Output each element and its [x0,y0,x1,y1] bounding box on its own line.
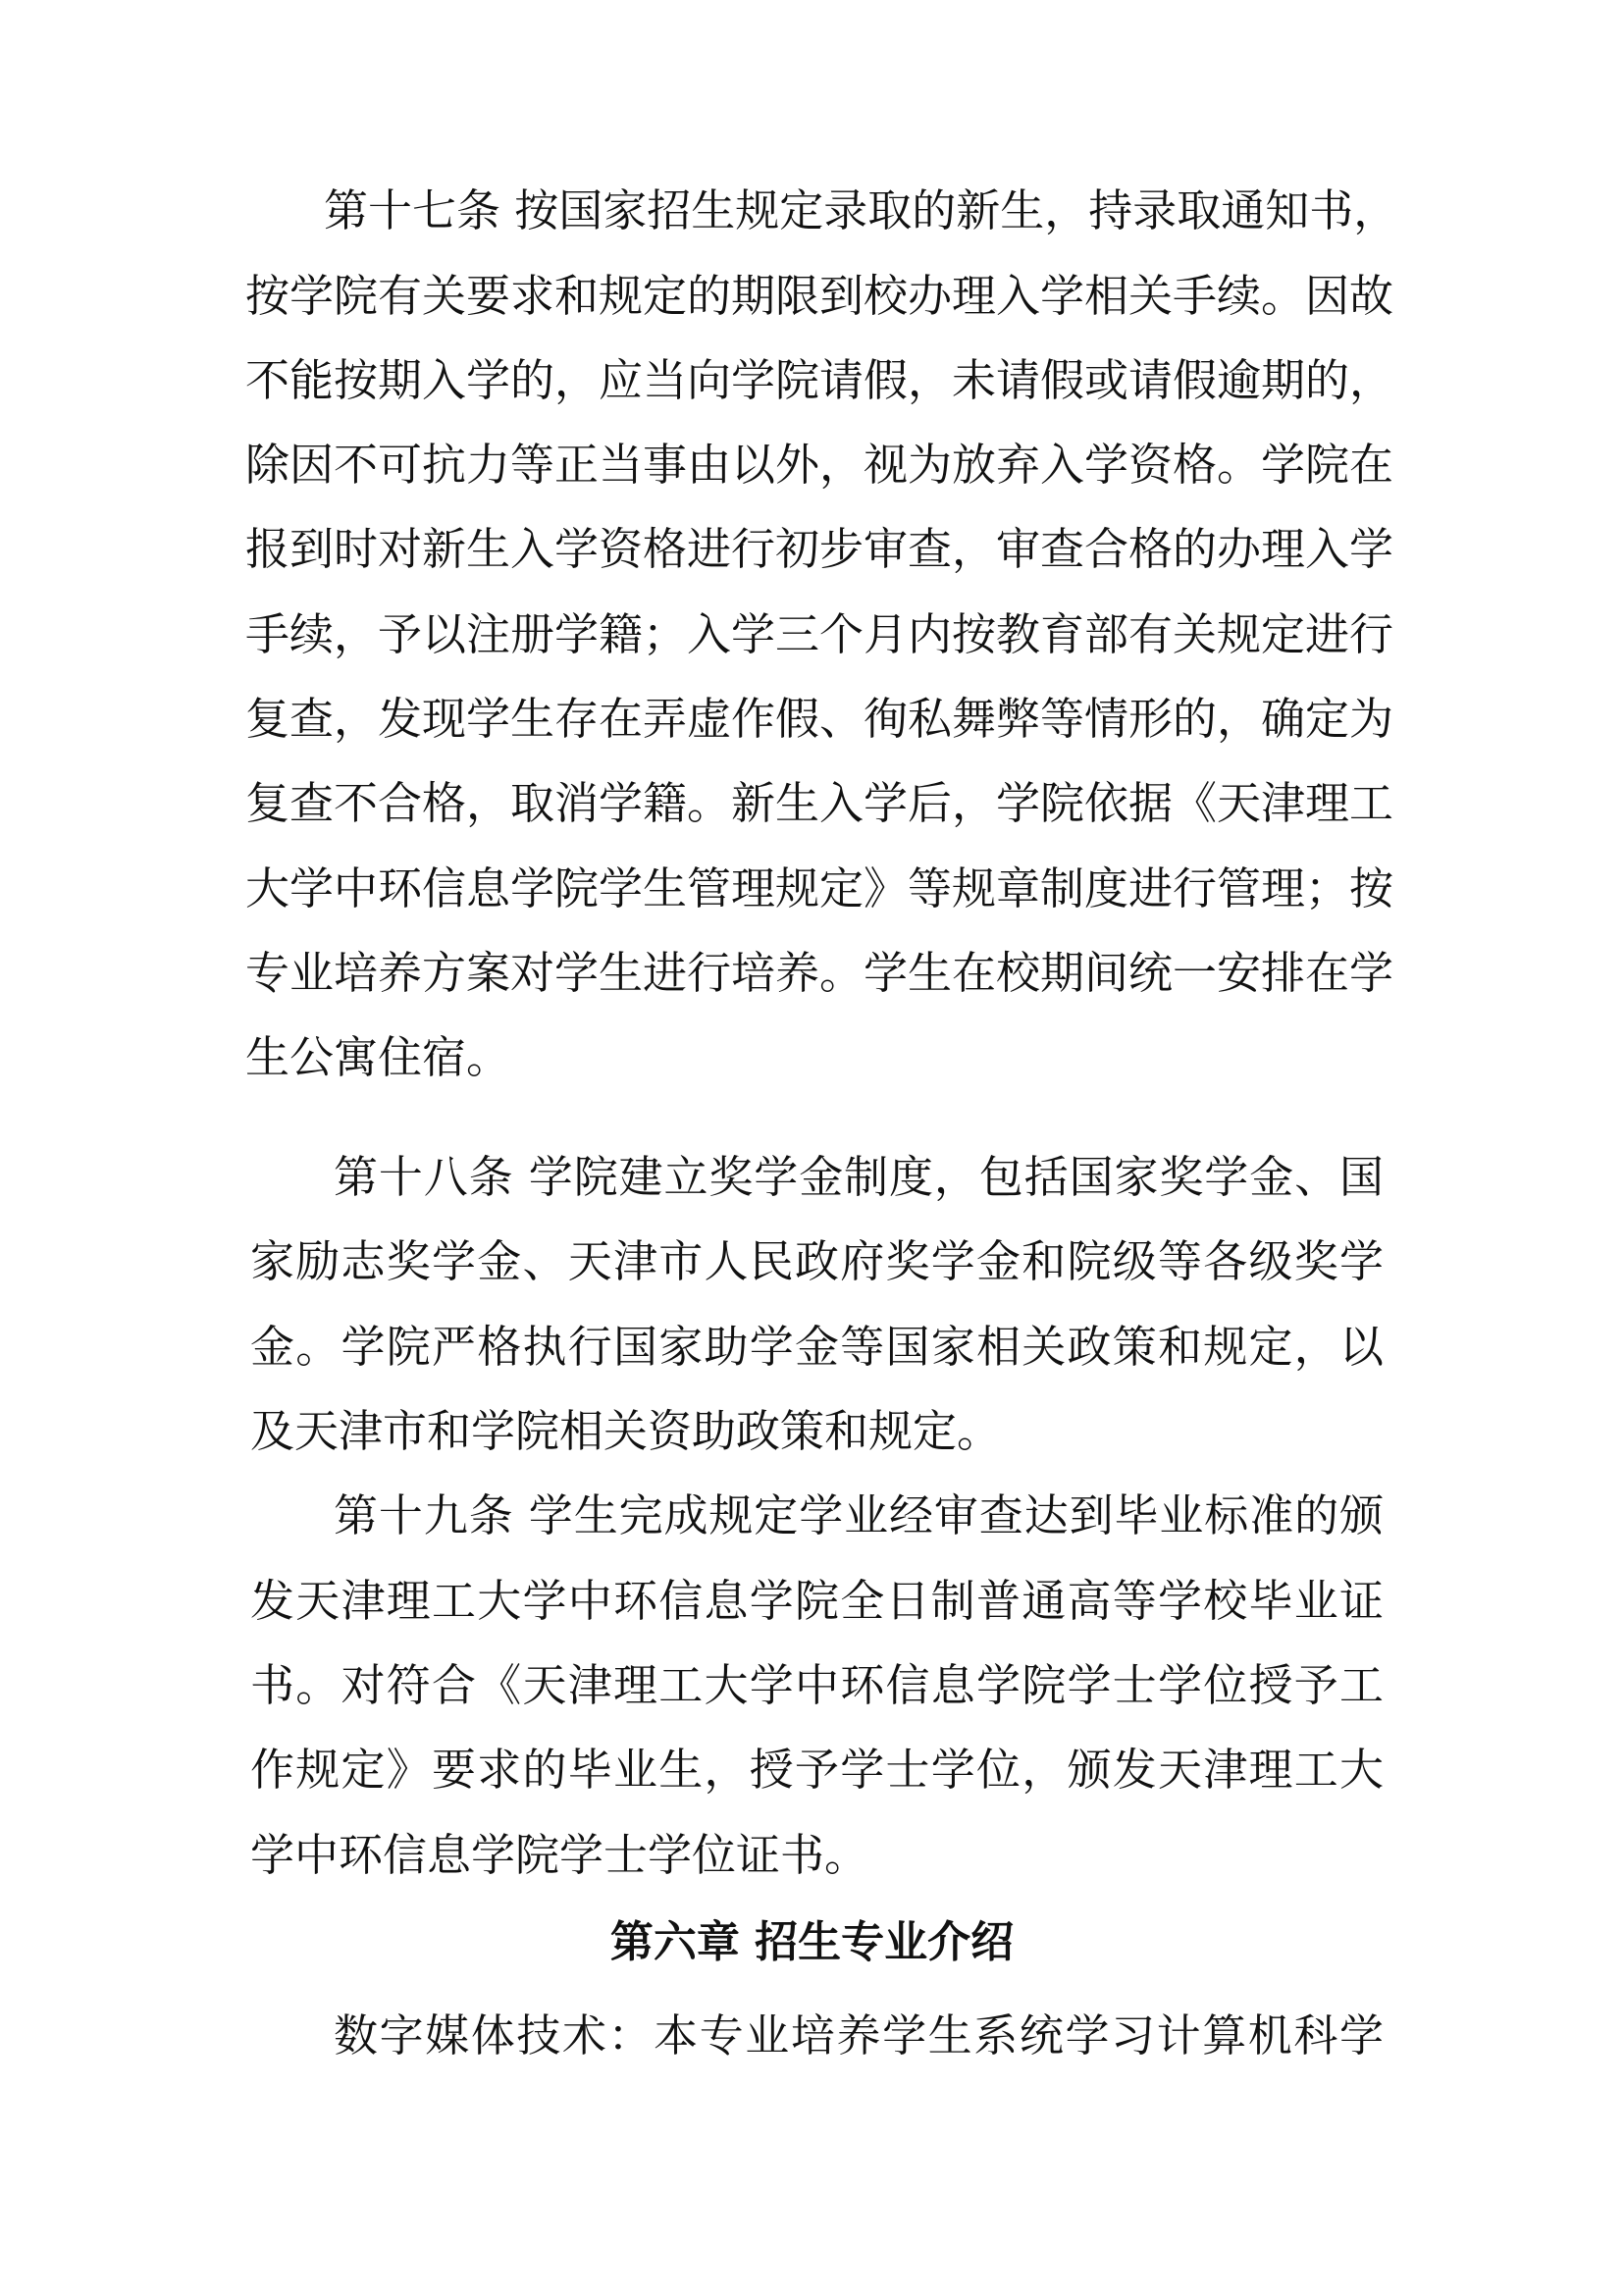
paragraph-line: 复查，发现学生存在弄虚作假、徇私舞弊等情形的，确定为 [245,690,1384,749]
paragraph-line: 复查不合格，取消学籍。新生入学后，学院依据《天津理工 [245,774,1384,833]
paragraph-line: 作规定》要求的毕业生，授予学士学位，颁发天津理工大 [250,1741,1384,1799]
chapter-heading: 第六章 招生专业介绍 [0,1913,1624,1972]
paragraph-line: 按学院有关要求和规定的期限到校办理入学相关手续。因故 [245,267,1384,326]
paragraph-line: 生公寓住宿。 [245,1028,1384,1087]
paragraph-line: 手续，予以注册学籍；入学三个月内按教育部有关规定进行 [245,605,1384,664]
document-page: 第十七条 按国家招生规定录取的新生，持录取通知书， 按学院有关要求和规定的期限到… [0,0,1624,2295]
paragraph-line: 书。对符合《天津理工大学中环信息学院学士学位授予工 [250,1656,1384,1715]
paragraph-line: 学中环信息学院学士学位证书。 [250,1826,1384,1885]
paragraph-line: 不能按期入学的，应当向学院请假，未请假或请假逾期的， [245,351,1384,410]
paragraph-line: 第十九条 学生完成规定学业经审查达到毕业标准的颁 [334,1487,1384,1545]
paragraph-line: 金。学院严格执行国家助学金等国家相关政策和规定，以 [250,1318,1384,1377]
paragraph-line: 第十七条 按国家招生规定录取的新生，持录取通知书， [324,182,1384,240]
paragraph-line: 报到时对新生入学资格进行初步审查，审查合格的办理入学 [245,520,1384,579]
paragraph-line: 第十八条 学院建立奖学金制度，包括国家奖学金、国 [334,1148,1384,1207]
paragraph-line: 发天津理工大学中环信息学院全日制普通高等学校毕业证 [250,1572,1384,1631]
paragraph-line: 大学中环信息学院学生管理规定》等规章制度进行管理；按 [245,860,1384,918]
paragraph-line: 及天津市和学院相关资助政策和规定。 [250,1402,1384,1461]
paragraph-line: 数字媒体技术：本专业培养学生系统学习计算机科学 [334,2007,1384,2065]
paragraph-line: 专业培养方案对学生进行培养。学生在校期间统一安排在学 [245,944,1384,1003]
paragraph-line: 家励志奖学金、天津市人民政府奖学金和院级等各级奖学 [250,1232,1384,1291]
paragraph-line: 除因不可抗力等正当事由以外，视为放弃入学资格。学院在 [245,436,1384,495]
